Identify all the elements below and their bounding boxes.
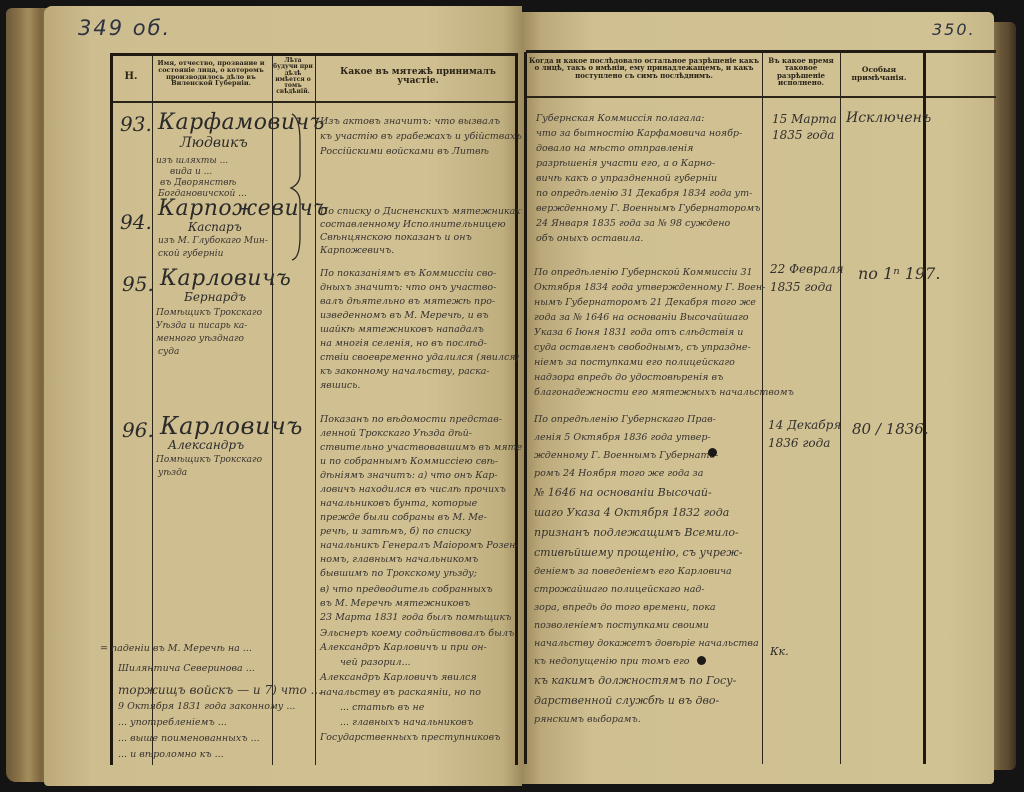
entry-93-surname: Карфамовичъ — [158, 110, 325, 135]
entry-96-resolution-10: строжайшаго полицейскаго над- — [534, 584, 705, 595]
entry-93-resolution-5: вичѣ какъ о упраздненной губерніи — [536, 173, 717, 184]
entry-96-participation-1: Показанъ по вѣдомости представ- — [320, 414, 502, 425]
entry-95-participation-9: явшись. — [320, 380, 360, 391]
entry-93-participation-1: Изъ актовъ значитъ: что вызвалъ — [320, 116, 500, 127]
col-header-remarks: Особыя примѣчанія. — [842, 66, 916, 82]
col-header-no: Н. — [112, 72, 150, 83]
entry-96-resolution-1: По опредѣленію Губернскаго Прав- — [534, 414, 716, 425]
rule-no-name — [152, 55, 153, 765]
entry-96-participation-2: ленной Трокскаго Уѣзда дѣй- — [320, 428, 472, 439]
entry-96-number: 96. — [122, 418, 154, 442]
entry-95-participation-6: на многія селенія, но въ послѣд- — [320, 338, 487, 349]
entry-95-executed-2: 1835 года — [770, 280, 832, 294]
entry-94-status-2: ской губерніи — [158, 249, 223, 259]
entry-93-participation-3: Россійскими войсками въ Литвѣ — [320, 146, 489, 157]
entry-96-resolution-9: деніемъ за поведеніемъ его Карловича — [534, 566, 732, 577]
entry-96-resolution-4: ромъ 24 Ноября того же года за — [534, 468, 703, 479]
participation-cont-6: ... статьѣ въ не — [340, 702, 424, 713]
right-inner-rule — [524, 52, 527, 764]
entry-96-resolution-8: стивѣйшему прощенію, съ учреж- — [534, 546, 743, 559]
entry-96-resolution-6: шаго Указа 4 Октября 1832 года — [534, 506, 729, 519]
entry-96-resolution-12: позволеніемъ поступками своими — [534, 620, 709, 631]
participation-cont-4: Александръ Карловичъ явился — [320, 672, 477, 683]
entry-96-participation-9: речѣ, и затѣмъ, б) по списку — [320, 526, 471, 537]
entry-93-resolution-1: Губернская Коммиссія полагала: — [536, 113, 704, 124]
entry-96-executed-2: 1836 года — [768, 436, 830, 450]
entry-93-executed-2: 1835 года — [772, 128, 834, 142]
folio-number-right: 350. — [932, 20, 976, 39]
rule-name-date — [272, 55, 273, 765]
col-header-name: Имя, отчество, прозвание и состояніе лиц… — [152, 60, 270, 87]
col-header-participation: Какое въ мятежѣ принималъ участіе. — [318, 68, 518, 87]
entry-93-resolution-7: вержденному Г. Военнымъ Губернаторомъ — [536, 203, 760, 214]
entry-96-participation-12: бывшимъ по Трокскому уѣзду; — [320, 568, 477, 579]
entry-96-participation-5: дѣніямъ значитъ: а) что онъ Кар- — [320, 470, 498, 481]
entry-93-executed-1: 15 Марта — [772, 112, 837, 126]
entry-94-given-name: Каспаръ — [188, 220, 242, 234]
col-header-resolution: Когда и какое послѣдовало остальное разр… — [528, 57, 760, 79]
entry-93-resolution-3: довало на мѣсто отправленія — [536, 143, 693, 154]
left-cont-3: торжищъ войскъ — и 7) что ... — [118, 683, 322, 697]
entry-95-resolution-5: Указа 6 Іюня 1831 года отъ слѣдствія и — [534, 327, 743, 338]
participation-cont-8: Государственныхъ преступниковъ — [320, 732, 500, 743]
entry-96-status-1: Помѣщикъ Трокскаго — [156, 455, 262, 465]
entry-96-resolution-17: рянскимъ выборамъ. — [534, 714, 641, 725]
entry-93-number: 93. — [120, 112, 152, 136]
left-cont-7: ... и вѣроломно къ ... — [118, 749, 224, 760]
entry-95-status-2: Уѣзда и писарь ка- — [156, 321, 247, 331]
entry-96-resolution-13: начальству докажетъ довѣріе начальства — [534, 638, 759, 649]
entry-96-participation-11: номъ, главнымъ начальникомъ — [320, 554, 478, 565]
entry-96-resolution-14: къ недопущенію при томъ его — [534, 656, 690, 667]
entry-95-resolution-7: ніемъ за поступками его полицейскаго — [534, 357, 735, 368]
entry-96-resolution-7: признанъ подлежащимъ Всемило- — [534, 526, 739, 539]
entry-95-resolution-4: года за № 1646 на основаніи Высочайшаго — [534, 312, 749, 323]
left-cont-6: ... выше поименованныхъ ... — [118, 733, 260, 744]
entry-95-status-1: Помѣщикъ Трокскаго — [156, 308, 262, 318]
entry-96-surname: Карловичъ — [160, 412, 303, 440]
entry-93-status-1: изъ шляхты ... — [156, 156, 228, 166]
left-cont-5: ... употребленіемъ ... — [118, 717, 227, 728]
entry-95-participation-8: къ законному начальству, раска- — [320, 366, 490, 377]
entry-96-remarks: 80 / 1836. — [852, 420, 929, 438]
rule-executed-remarks — [840, 52, 841, 764]
entry-95-resolution-3: нымъ Губернаторомъ 21 Декабря того же — [534, 297, 756, 308]
entry-93-participation-2: къ участію въ грабежахъ и убійствахъ — [320, 131, 522, 142]
entry-95-participation-5: шайкѣ мятежниковъ нападалъ — [320, 324, 484, 335]
entry-95-status-4: суда — [158, 347, 179, 357]
entry-95-given-name: Бернардъ — [184, 290, 246, 304]
right-outer-rule — [923, 52, 926, 764]
entry-96-resolution-5: № 1646 на основаніи Высочай- — [534, 486, 712, 499]
entry-94-surname: Карпожевичъ — [158, 196, 329, 221]
folio-number-left: 349 об. — [78, 16, 171, 40]
entry-95-remarks: по 1ⁿ 197. — [858, 264, 940, 283]
entry-93-resolution-4: разрѣшенія участи его, а о Карно- — [536, 158, 715, 169]
entry-94-participation-3: Свѣнцянскою показанъ и онъ — [320, 232, 472, 243]
left-cont-2: Шилянтича Северинова ... — [118, 663, 255, 674]
margin-mark: Кк. — [770, 645, 789, 658]
ink-blot — [697, 656, 706, 665]
open-register-book: 349 об. Н. Имя, отчество, прозвание и со… — [0, 0, 1024, 792]
entry-94-participation-2: составленному Исполнительницею — [320, 219, 506, 230]
entry-95-resolution-8: надзора впредь до удостовѣренія въ — [534, 372, 723, 383]
entry-96-participation-7: начальниковъ бунта, которые — [320, 498, 477, 509]
participation-cont-7: ... главныхъ начальниковъ — [340, 717, 473, 728]
header-top-rule-left — [110, 53, 518, 56]
entry-95-surname: Карловичъ — [160, 266, 291, 291]
entry-93-resolution-9: объ оныхъ оставила. — [536, 233, 643, 244]
entry-96-resolution-2: ленія 5 Октября 1836 года утвер- — [534, 432, 711, 443]
entry-96-participation-4: и по собраннымъ Коммиссіею свѣ- — [320, 456, 498, 467]
entry-96-resolution-3: жденному Г. Военнымъ Губернато- — [534, 450, 718, 461]
entry-95-participation-4: изведенномъ въ М. Меречѣ, и въ — [320, 310, 489, 321]
col-header-case-date: Лѣта будучи при дѣлѣ имѣется о томъ свѣд… — [273, 58, 313, 96]
entry-95-resolution-9: благонадежности его мятежныхъ начальство… — [534, 387, 794, 398]
entry-95-resolution-2: Октября 1834 года утвержденному Г. Воен- — [534, 282, 765, 293]
entry-96-participation-15: 23 Марта 1831 года былъ помѣщикъ — [320, 612, 511, 623]
entry-95-number: 95. — [122, 272, 154, 296]
entry-95-participation-2: дныхъ значитъ: что онъ участво- — [320, 282, 496, 293]
participation-cont-5: начальству въ раскаяніи, но по — [320, 687, 481, 698]
entry-95-resolution-6: суда оставленъ свободнымъ, съ упраздне- — [534, 342, 751, 353]
entry-96-executed-1: 14 Декабря — [768, 418, 841, 432]
entry-93-status-3: въ Дворянствѣ — [160, 178, 236, 188]
entry-96-participation-6: ловичъ находился въ числѣ прочихъ — [320, 484, 506, 495]
entry-95-status-3: менного уѣзднаго — [156, 334, 244, 344]
col-header-executed: Въ какое время таковое разрѣшеніе исполн… — [764, 57, 838, 86]
entry-96-resolution-15: къ какимъ должностямъ по Госу- — [534, 674, 736, 687]
entry-96-participation-3: ствительно участвовавшимъ въ мятежѣ — [320, 442, 541, 453]
entry-96-participation-8: прежде были собраны въ М. Ме- — [320, 512, 487, 523]
participation-cont-1: Эльснеръ коему содѣйствовалъ былъ — [320, 628, 514, 639]
header-bottom-rule-left — [110, 101, 518, 103]
ink-blot — [708, 448, 717, 457]
entry-94-number: 94. — [120, 210, 152, 234]
participation-cont-2: Александръ Карловичъ и при он- — [320, 642, 487, 653]
entry-94-participation-4: Карпожевичъ. — [320, 245, 394, 256]
entry-96-participation-14: въ М. Меречѣ мятежниковъ — [320, 598, 470, 609]
entry-96-given-name: Александръ — [168, 438, 244, 452]
entry-93-given-name: Людвикъ — [180, 135, 248, 151]
entry-93-status-2: вида и ... — [170, 167, 212, 177]
left-cont-1: = паденіи въ М. Меречѣ на ... — [100, 643, 252, 654]
left-outer-rule — [110, 55, 113, 765]
entry-95-participation-7: ствіи своевременно удалился (явился) — [320, 352, 519, 363]
entry-93-resolution-6: по опредѣленію 31 Декабря 1834 года ут- — [536, 188, 752, 199]
entry-95-executed-1: 22 Февраля — [770, 262, 844, 276]
entry-95-resolution-1: По опредѣленію Губернской Коммиссіи 31 — [534, 267, 753, 278]
left-inner-rule — [515, 55, 518, 765]
entry-95-participation-1: По показаніямъ въ Коммиссіи сво- — [320, 268, 496, 279]
entry-93-resolution-8: 24 Января 1835 года за № 98 суждено — [536, 218, 730, 229]
entry-96-resolution-16: дарственной службѣ и въ дво- — [534, 694, 719, 707]
entry-96-status-2: уѣзда — [158, 468, 187, 478]
entry-94-status-1: изъ М. Глубокаго Мин- — [158, 236, 268, 246]
entry-95-participation-3: валъ дѣятельно въ мятежѣ про- — [320, 296, 495, 307]
entry-94-participation-1: По списку о Дисненскихъ мятежникахъ — [320, 206, 527, 217]
entry-93-resolution-2: что за бытностію Карфамовича ноябр- — [536, 128, 742, 139]
entry-93-remarks: Исключенъ — [846, 110, 931, 126]
entry-96-participation-13: в) что предводитель собранныхъ — [320, 584, 493, 595]
entry-96-resolution-11: зора, впредь до того времени, пока — [534, 602, 716, 613]
participation-cont-3: чей разорил... — [340, 657, 411, 668]
entry-96-participation-10: начальникъ Генералъ Маіоромъ Розен- — [320, 540, 519, 551]
rule-date-participation — [315, 55, 316, 765]
rule-resolution-executed — [762, 52, 763, 764]
left-cont-4: 9 Октября 1831 года законному ... — [118, 701, 295, 712]
